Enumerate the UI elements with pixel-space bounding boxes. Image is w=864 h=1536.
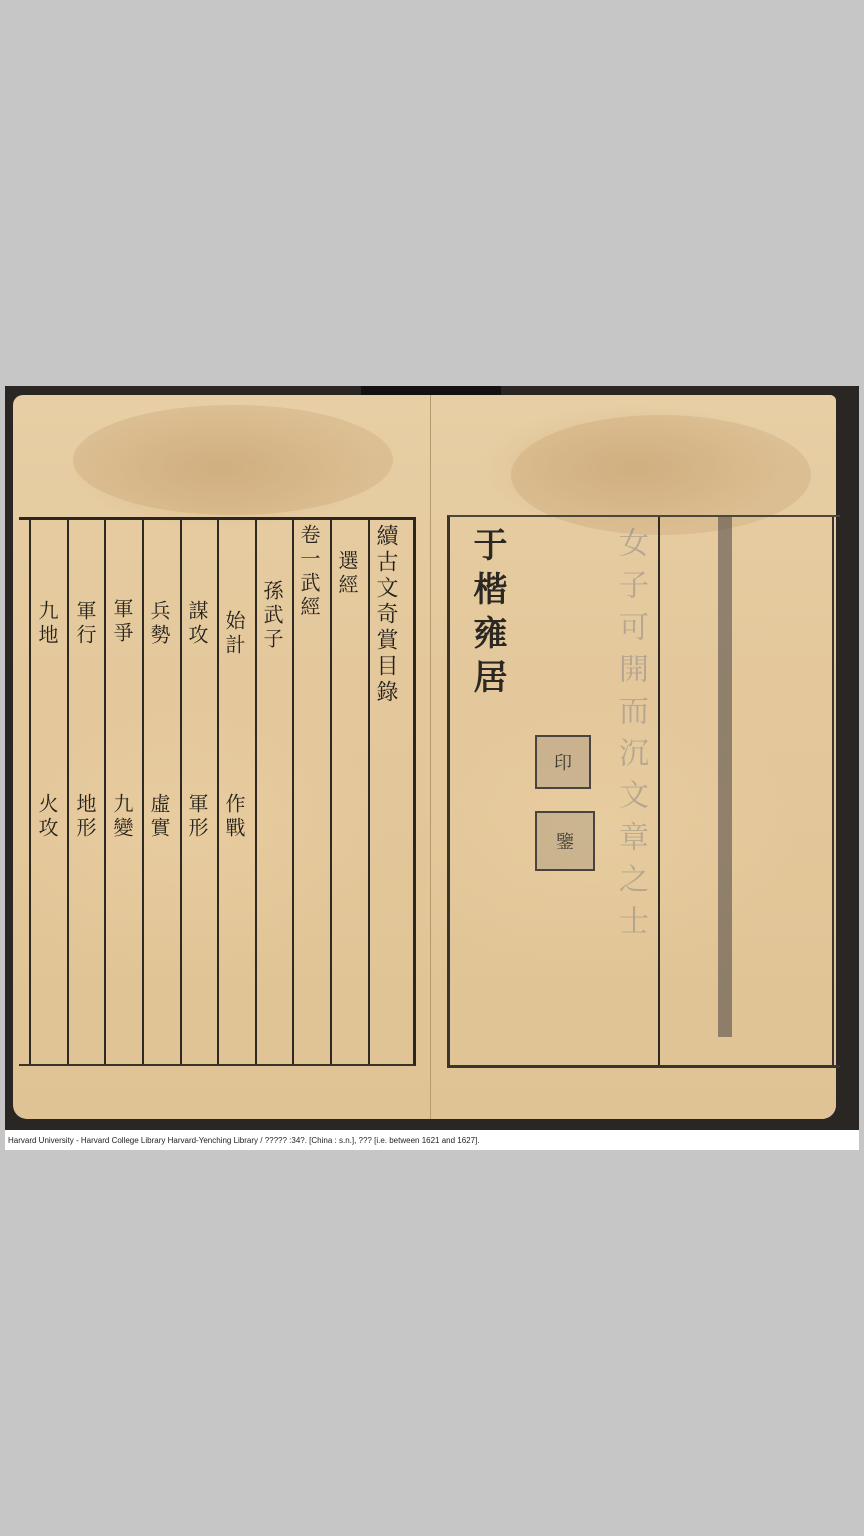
column-rule xyxy=(832,517,834,1065)
volume-heading: 卷一武經 xyxy=(299,524,319,620)
column-rule xyxy=(67,520,69,1064)
column-rule xyxy=(255,520,257,1064)
column-rule xyxy=(368,520,370,1064)
left-page-frame: 續古文奇賞目錄 選經 卷一武經 孫武子 始計 謀攻 兵勢 軍爭 軍行 九地 作戰… xyxy=(19,517,416,1066)
seal-stamp-top: 印 xyxy=(535,735,591,789)
show-through-text: 女子可開而沉文章之士 xyxy=(615,527,645,947)
column-rule xyxy=(180,520,182,1064)
section-heading: 選經 xyxy=(337,550,357,598)
column-rule xyxy=(217,520,219,1064)
chapter-entry: 火攻 xyxy=(37,793,57,841)
author-name: 孫武子 xyxy=(262,580,282,652)
seal-text: 鑒 xyxy=(556,828,574,854)
right-page: 于楷雍居 女子可開而沉文章之士 印 鑒 xyxy=(430,395,836,1119)
chapter-entry: 九地 xyxy=(37,600,57,648)
ink-bleed xyxy=(718,517,732,1037)
chapter-entry: 軍形 xyxy=(187,793,207,841)
chapter-entry: 地形 xyxy=(75,793,95,841)
seal-text: 印 xyxy=(554,749,572,775)
calligraphy-inscription: 于楷雍居 xyxy=(470,527,504,703)
chapter-entry: 虛實 xyxy=(149,793,169,841)
chapter-entry: 兵勢 xyxy=(149,600,169,648)
chapter-entry: 九變 xyxy=(112,793,132,841)
column-rule xyxy=(292,520,294,1064)
left-page: 續古文奇賞目錄 選經 卷一武經 孫武子 始計 謀攻 兵勢 軍爭 軍行 九地 作戰… xyxy=(13,395,430,1119)
column-rule xyxy=(29,520,31,1064)
water-stain xyxy=(73,405,393,515)
seal-stamp-bottom: 鑒 xyxy=(535,811,595,871)
chapter-entry: 謀攻 xyxy=(187,600,207,648)
column-rule xyxy=(104,520,106,1064)
book-scan-image[interactable]: 續古文奇賞目錄 選經 卷一武經 孫武子 始計 謀攻 兵勢 軍爭 軍行 九地 作戰… xyxy=(5,386,859,1130)
chapter-entry: 軍行 xyxy=(75,600,95,648)
catalog-title: 續古文奇賞目錄 xyxy=(374,524,396,706)
column-rule xyxy=(142,520,144,1064)
chapter-entry: 始計 xyxy=(224,610,244,658)
chapter-entry: 軍爭 xyxy=(112,598,132,646)
right-page-frame: 于楷雍居 女子可開而沉文章之士 印 鑒 xyxy=(447,515,840,1068)
image-caption: Harvard University - Harvard College Lib… xyxy=(8,1136,480,1145)
column-rule xyxy=(330,520,332,1064)
image-viewer: 續古文奇賞目錄 選經 卷一武經 孫武子 始計 謀攻 兵勢 軍爭 軍行 九地 作戰… xyxy=(5,386,859,1150)
chapter-entry: 作戰 xyxy=(224,793,244,841)
column-rule xyxy=(658,517,660,1065)
